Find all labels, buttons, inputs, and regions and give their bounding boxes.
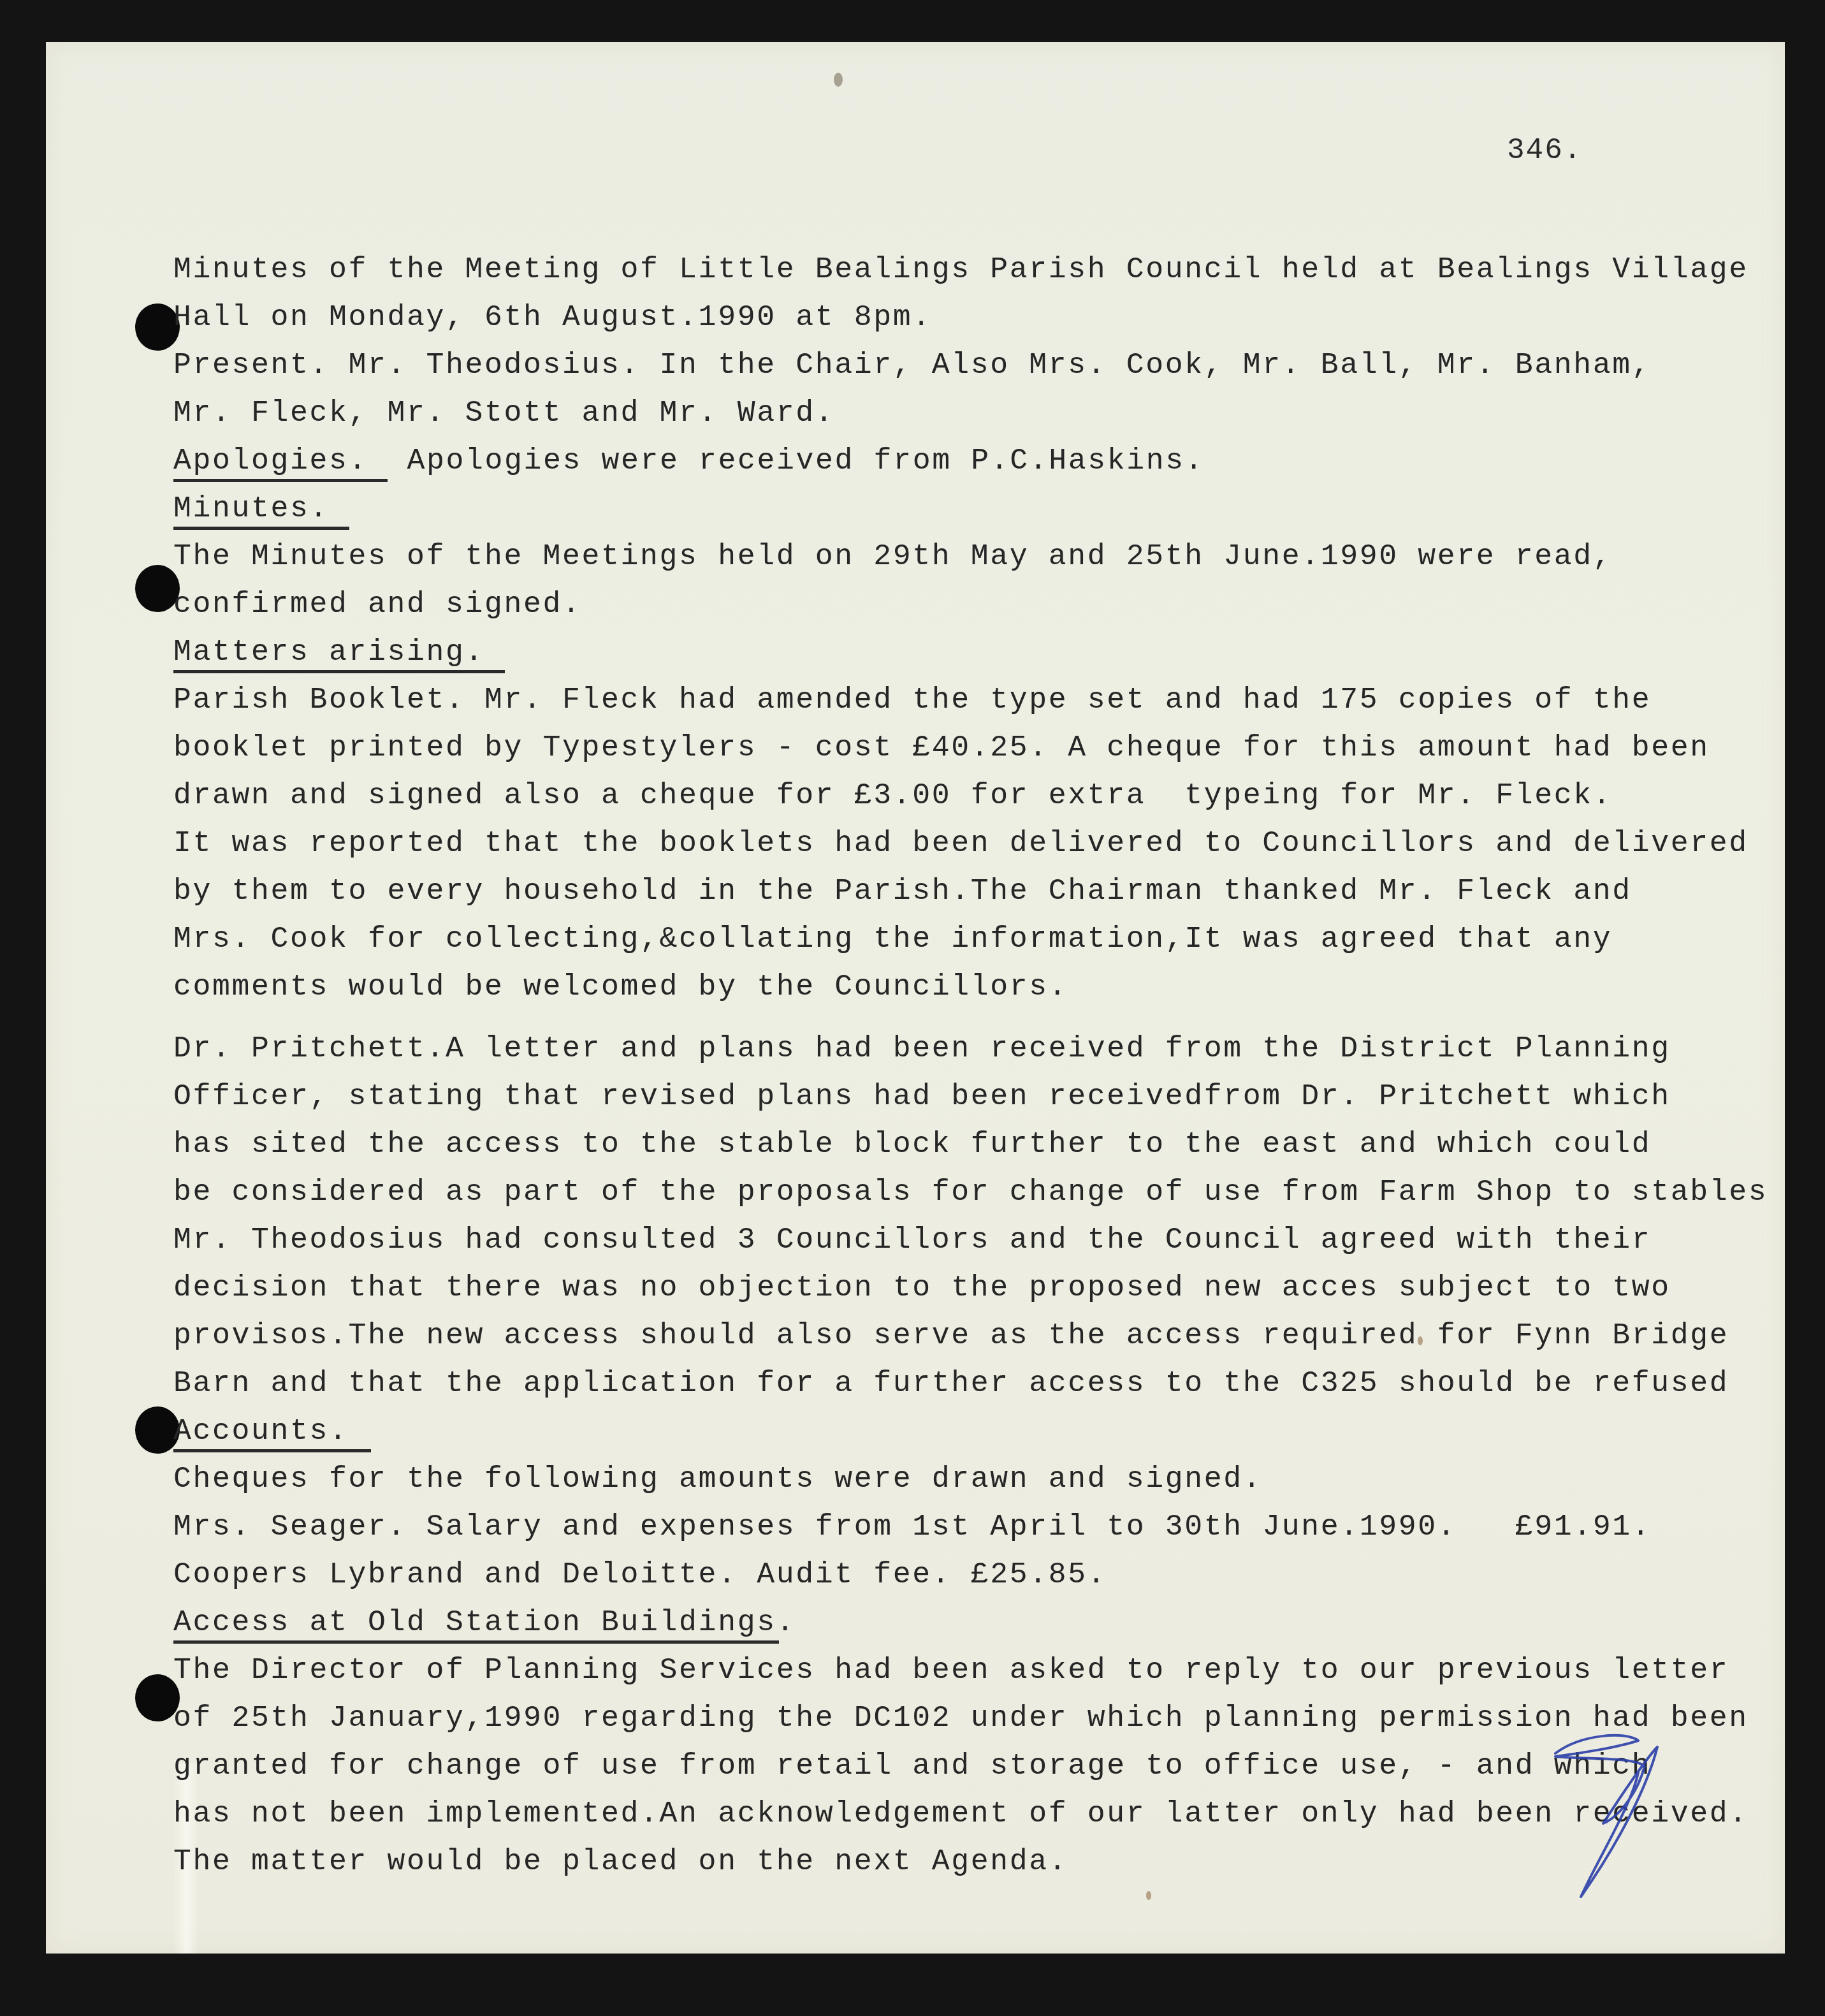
booklet-line: comments would be welcomed by the Counci…: [173, 963, 1780, 1011]
heading-access-old-station: Access at Old Station Buildings.: [173, 1605, 779, 1644]
booklet-line: booklet printed by Typestylers - cost £4…: [173, 724, 1780, 771]
apologies-text: Apologies were received from P.C.Haskins…: [407, 444, 1205, 478]
title-line: Minutes of the Meeting of Little Bealing…: [173, 245, 1780, 293]
minutes-line: The Minutes of the Meetings held on 29th…: [173, 532, 1780, 580]
pritchett-line: provisos.The new access should also serv…: [173, 1311, 1780, 1359]
matters-heading-row: Matters arising.: [173, 628, 1780, 676]
paper-speck: [1146, 1891, 1151, 1900]
pritchett-line: Mr. Theodosius had consulted 3 Councillo…: [173, 1216, 1780, 1264]
booklet-line: It was reported that the booklets had be…: [173, 819, 1780, 867]
pritchett-line: Dr. Pritchett.A letter and plans had bee…: [173, 1025, 1780, 1072]
booklet-line: Parish Booklet. Mr. Fleck had amended th…: [173, 676, 1780, 724]
booklet-line: by them to every household in the Parish…: [173, 867, 1780, 915]
old-station-heading-row: Access at Old Station Buildings.: [173, 1598, 1780, 1646]
accounts-line: Coopers Lybrand and Deloitte. Audit fee.…: [173, 1551, 1780, 1598]
present-line: Mr. Fleck, Mr. Stott and Mr. Ward.: [173, 389, 1780, 437]
minutes-line: confirmed and signed.: [173, 580, 1780, 628]
old-station-line: of 25th January,1990 regarding the DC102…: [173, 1694, 1780, 1742]
minutes-heading-row: Minutes.: [173, 485, 1780, 532]
heading-apologies: Apologies.: [173, 443, 388, 482]
old-station-line: has not been implemented.An acknowledgem…: [173, 1790, 1780, 1837]
pritchett-line: has sited the access to the stable block…: [173, 1120, 1780, 1168]
title-line: Hall on Monday, 6th August.1990 at 8pm.: [173, 293, 1780, 341]
accounts-heading-row: Accounts.: [173, 1407, 1780, 1455]
accounts-line: Cheques for the following amounts were d…: [173, 1455, 1780, 1503]
booklet-line: Mrs. Cook for collecting,&collating the …: [173, 915, 1780, 963]
pritchett-line: Officer, stating that revised plans had …: [173, 1072, 1780, 1120]
pritchett-line: decision that there was no objection to …: [173, 1264, 1780, 1311]
booklet-line: drawn and signed also a cheque for £3.00…: [173, 771, 1780, 819]
minutes-body: Minutes of the Meeting of Little Bealing…: [173, 245, 1780, 1885]
apologies-row: Apologies. Apologies were received from …: [173, 437, 1780, 485]
pritchett-line: be considered as part of the proposals f…: [173, 1168, 1780, 1216]
heading-accounts: Accounts.: [173, 1413, 371, 1452]
heading-matters-arising: Matters arising.: [173, 634, 505, 673]
old-station-line: granted for change of use from retail an…: [173, 1742, 1780, 1790]
page-number: 346.: [1507, 134, 1582, 167]
accounts-line: Mrs. Seager. Salary and expenses from 1s…: [173, 1503, 1780, 1551]
heading-minutes: Minutes.: [173, 491, 349, 530]
signature-icon: [1543, 1728, 1689, 1900]
paragraph-gap: [173, 1011, 1780, 1025]
old-station-line: The matter would be placed on the next A…: [173, 1837, 1780, 1885]
paper-speck: [834, 73, 843, 87]
old-station-line: The Director of Planning Services had be…: [173, 1646, 1780, 1694]
pritchett-line: Barn and that the application for a furt…: [173, 1359, 1780, 1407]
present-line: Present. Mr. Theodosius. In the Chair, A…: [173, 341, 1780, 389]
